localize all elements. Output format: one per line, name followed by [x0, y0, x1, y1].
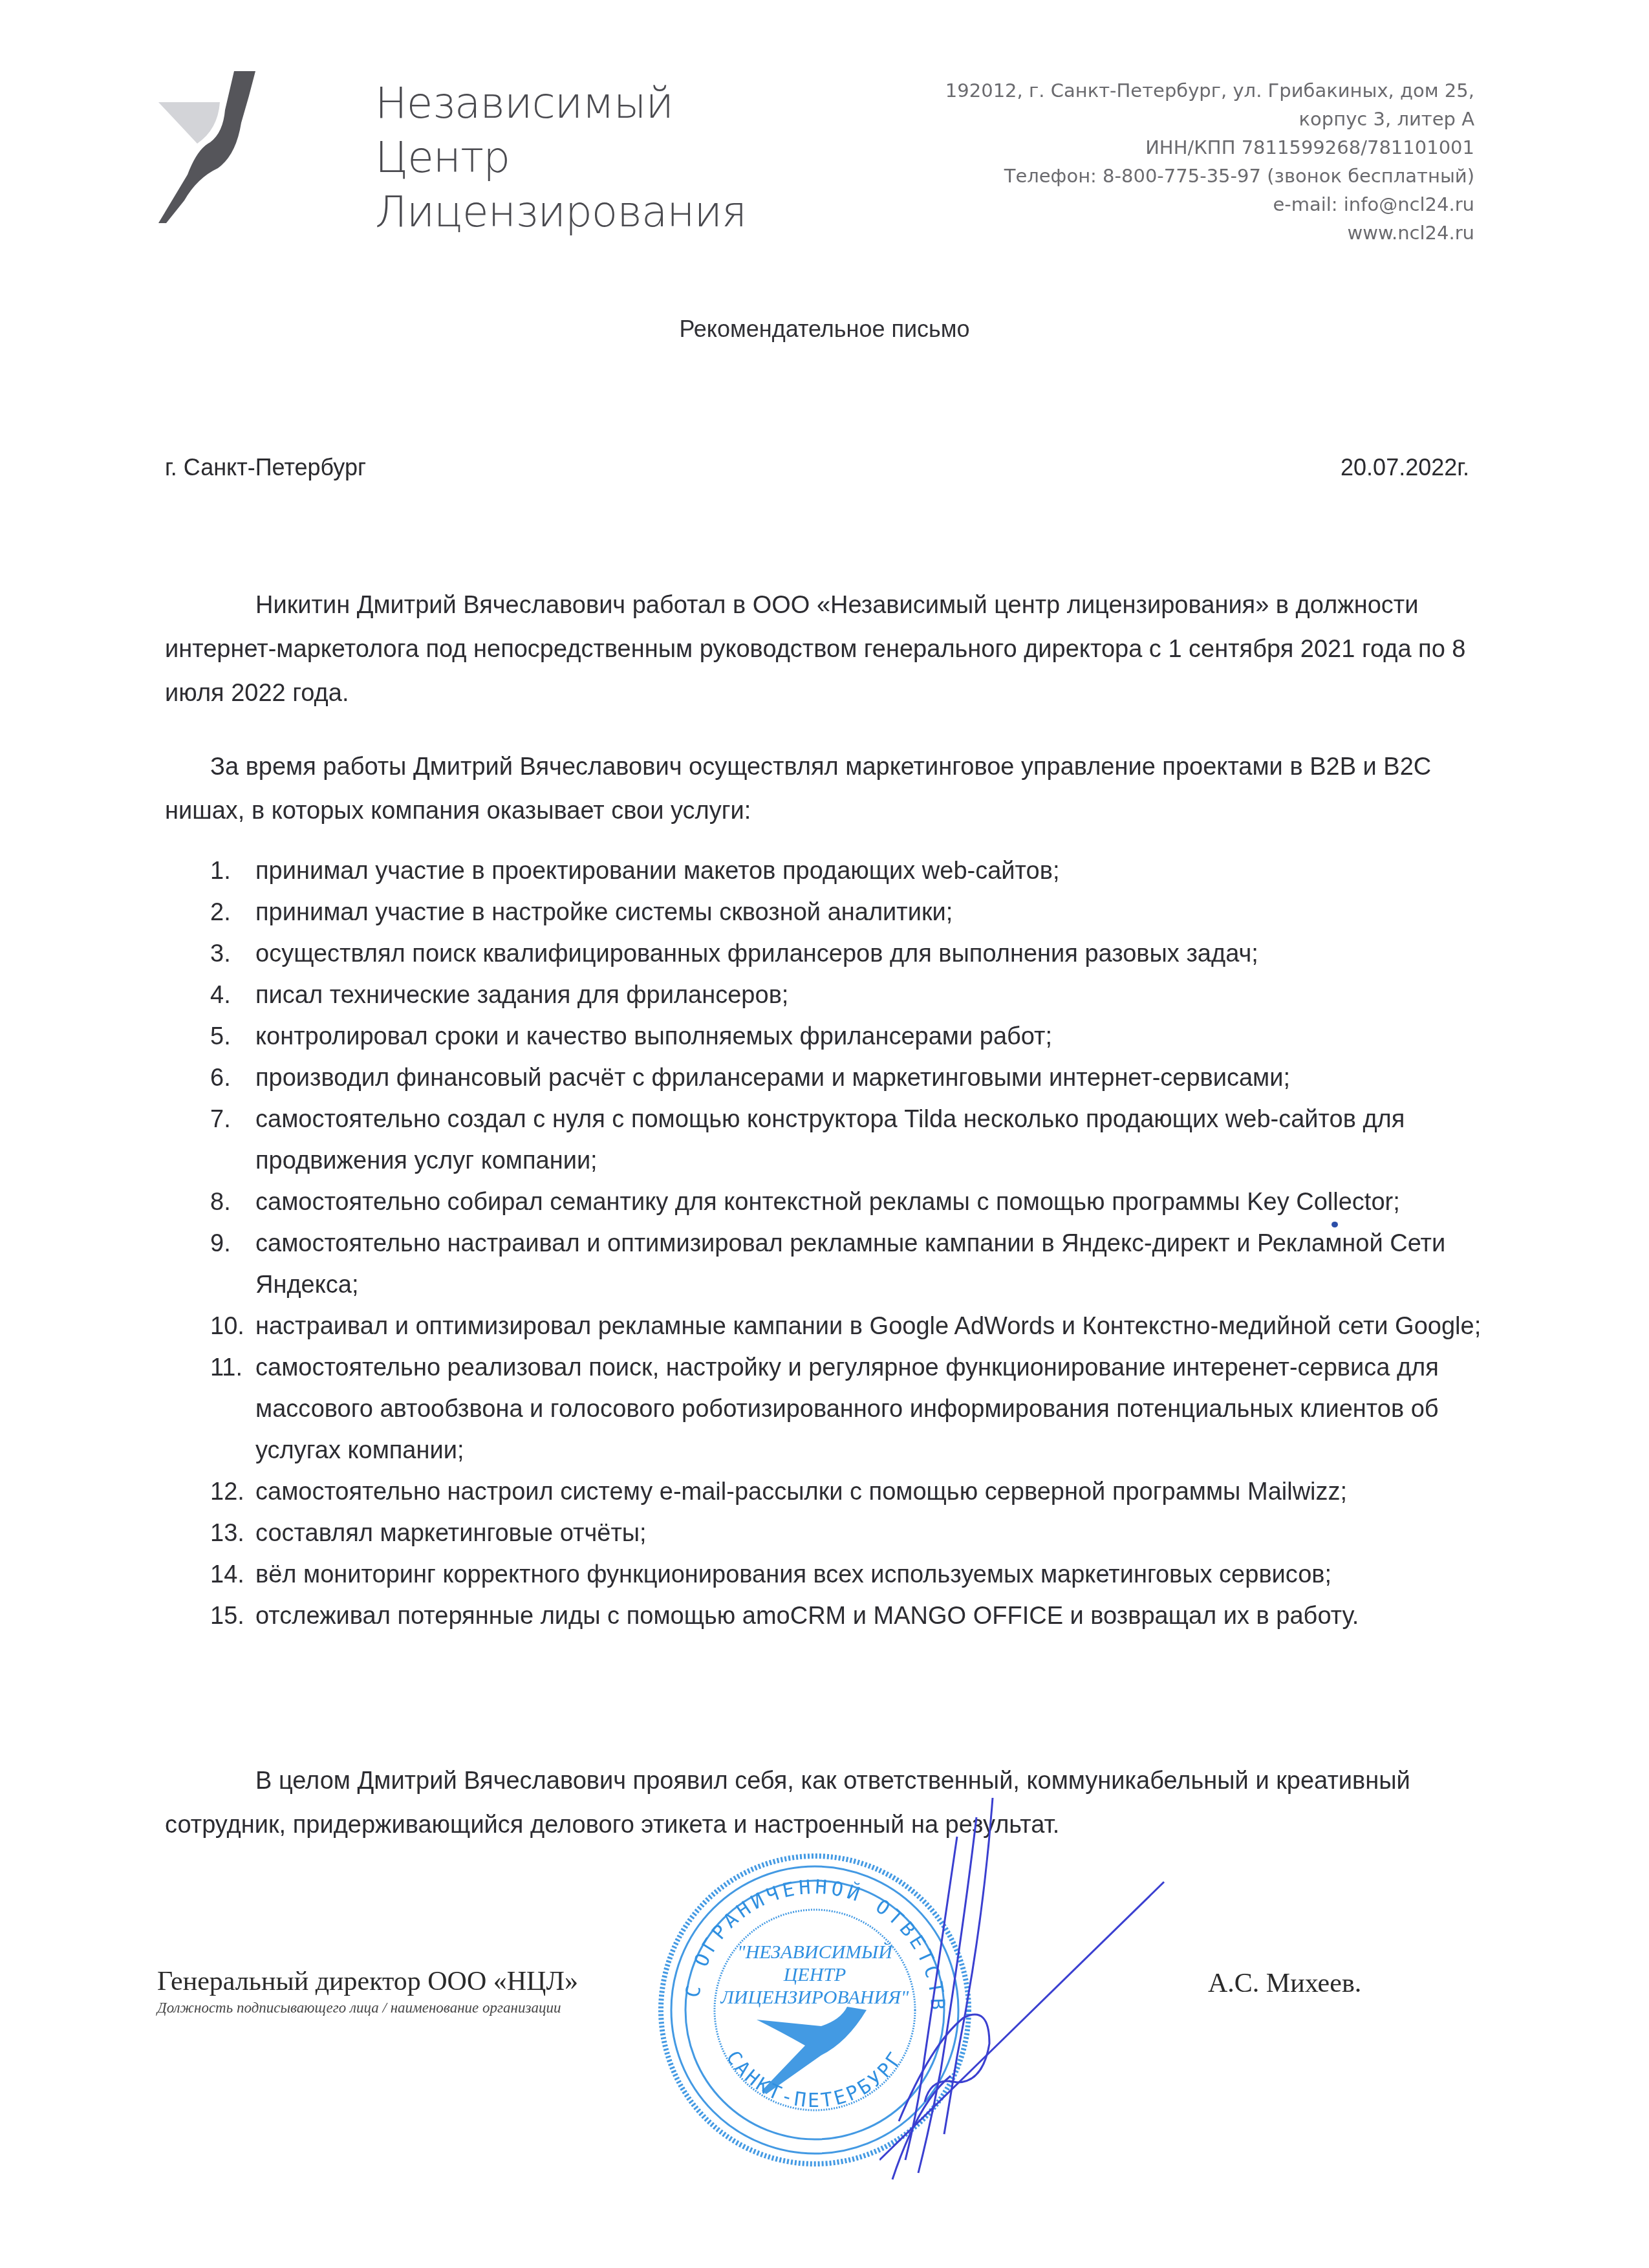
duty-number: 13.	[210, 1513, 244, 1554]
duty-number: 10.	[210, 1306, 244, 1347]
duty-item: 2.принимал участие в настройке системы с…	[165, 892, 1491, 933]
handwritten-signature	[879, 1798, 1216, 2186]
duty-item: 14.вёл мониторинг корректного функционир…	[165, 1554, 1491, 1595]
duty-text: принимал участие в настройке системы скв…	[255, 899, 953, 926]
document-date: 20.07.2022г.	[1341, 454, 1469, 481]
company-logo-icon	[158, 71, 372, 239]
paragraph-conclusion: В целом Дмитрий Вячеславович проявил себ…	[165, 1759, 1478, 1847]
duty-number: 15.	[210, 1595, 244, 1637]
signer-caption: Должность подписывающего лица / наименов…	[157, 2000, 561, 2016]
duty-text: самостоятельно настроил систему e-mail-р…	[255, 1478, 1347, 1506]
paragraph-responsibilities-intro: За время работы Дмитрий Вячеславович осу…	[165, 745, 1478, 833]
ink-speck	[1331, 1222, 1338, 1227]
duty-text: вёл мониторинг корректного функционирова…	[255, 1561, 1331, 1588]
logo-line: Лицензирования	[375, 185, 746, 239]
duty-number: 9.	[210, 1223, 231, 1264]
document-place: г. Санкт-Петербург	[165, 454, 366, 481]
duty-text: осуществлял поиск квалифицированных фрил…	[255, 940, 1258, 967]
duty-number: 7.	[210, 1099, 231, 1140]
duty-text: принимал участие в проектировании макето…	[255, 858, 1059, 885]
signer-name: А.С. Михеев.	[1208, 1968, 1361, 1999]
email: e-mail: info@ncl24.ru	[945, 190, 1474, 219]
duty-number: 12.	[210, 1471, 244, 1513]
duties-list: 1.принимал участие в проектировании маке…	[165, 850, 1491, 1637]
phone: Телефон: 8-800-775-35-97 (звонок бесплат…	[945, 162, 1474, 190]
duty-item: 5.контролировал сроки и качество выполня…	[165, 1016, 1491, 1057]
duty-item: 15.отслеживал потерянные лиды с помощью …	[165, 1595, 1491, 1637]
duty-text: самостоятельно собирал семантику для кон…	[255, 1189, 1400, 1216]
duty-number: 3.	[210, 933, 231, 975]
duty-text: самостоятельно реализовал поиск, настрой…	[255, 1354, 1439, 1464]
duty-text: производил финансовый расчёт с фрилансер…	[255, 1064, 1290, 1092]
svg-text:ЦЕНТР: ЦЕНТР	[783, 1964, 846, 1985]
logo-line: Независимый	[375, 76, 746, 131]
duty-item: 8.самостоятельно собирал семантику для к…	[165, 1182, 1491, 1223]
logo-line: Центр	[375, 131, 746, 185]
duty-item: 10.настраивал и оптимизировал рекламные …	[165, 1306, 1491, 1347]
duty-item: 11.самостоятельно реализовал поиск, наст…	[165, 1347, 1491, 1471]
duty-number: 8.	[210, 1182, 231, 1223]
duty-number: 5.	[210, 1016, 231, 1057]
duty-item: 6.производил финансовый расчёт с фриланс…	[165, 1057, 1491, 1099]
duty-item: 9.самостоятельно настраивал и оптимизиро…	[165, 1223, 1491, 1306]
duty-number: 4.	[210, 975, 231, 1016]
duty-text: настраивал и оптимизировал рекламные кам…	[255, 1313, 1481, 1340]
document-title: Рекомендательное письмо	[0, 316, 1649, 343]
duty-item: 7.самостоятельно создал с нуля с помощью…	[165, 1099, 1491, 1182]
duty-item: 4.писал технические задания для фрилансе…	[165, 975, 1491, 1016]
duty-text: составлял маркетинговые отчёты;	[255, 1520, 647, 1547]
logo-wordmark: Независимый Центр Лицензирования	[375, 76, 746, 239]
website: www.ncl24.ru	[945, 219, 1474, 247]
duty-text: отслеживал потерянные лиды с помощью amo…	[255, 1603, 1359, 1630]
address-line: корпус 3, литер А	[945, 105, 1474, 133]
svg-text:"НЕЗАВИСИМЫЙ: "НЕЗАВИСИМЫЙ	[737, 1941, 894, 1963]
duty-item: 13.составлял маркетинговые отчёты;	[165, 1513, 1491, 1554]
duty-item: 1.принимал участие в проектировании маке…	[165, 850, 1491, 892]
duty-text: писал технические задания для фрилансеро…	[255, 982, 788, 1009]
duty-text: самостоятельно создал с нуля с помощью к…	[255, 1106, 1405, 1174]
duty-number: 1.	[210, 850, 231, 892]
duty-number: 11.	[210, 1347, 242, 1388]
duty-item: 3.осуществлял поиск квалифицированных фр…	[165, 933, 1491, 975]
duty-number: 14.	[210, 1554, 244, 1595]
paragraph-employment: Никитин Дмитрий Вячеславович работал в О…	[165, 583, 1478, 715]
duty-text: самостоятельно настраивал и оптимизирова…	[255, 1230, 1445, 1299]
inn-kpp: ИНН/КПП 7811599268/781101001	[945, 133, 1474, 162]
signer-position: Генеральный директор ООО «НЦЛ»	[157, 1966, 578, 1997]
duty-text: контролировал сроки и качество выполняем…	[255, 1023, 1052, 1050]
duty-number: 2.	[210, 892, 231, 933]
company-requisites: 192012, г. Санкт-Петербург, ул. Грибакин…	[945, 76, 1474, 247]
address-line: 192012, г. Санкт-Петербург, ул. Грибакин…	[945, 76, 1474, 105]
duty-number: 6.	[210, 1057, 231, 1099]
duty-item: 12.самостоятельно настроил систему e-mai…	[165, 1471, 1491, 1513]
